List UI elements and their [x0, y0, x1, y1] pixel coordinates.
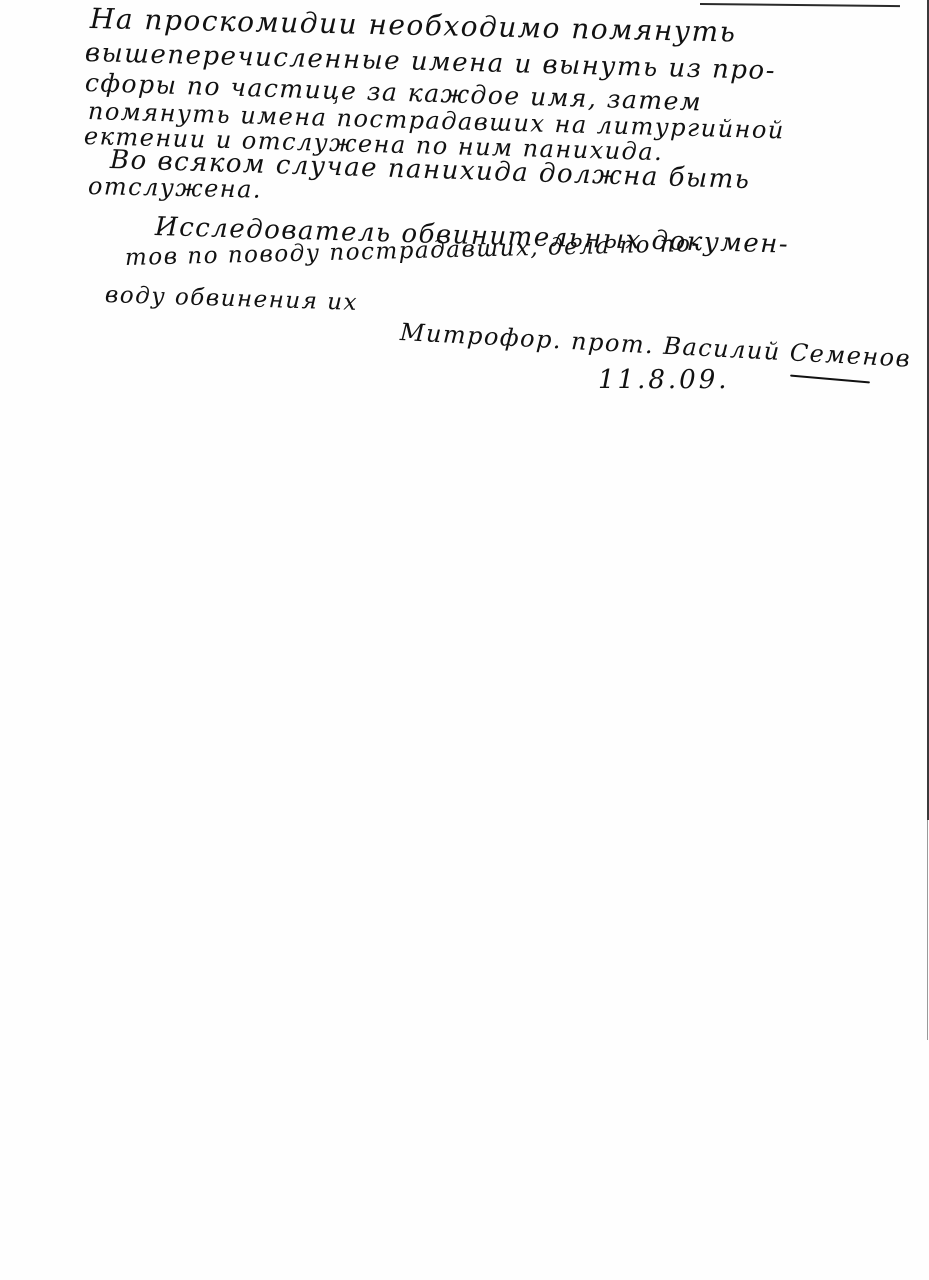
- text-line-7: отслужена.: [88, 172, 263, 204]
- scan-right-border-faint: [927, 820, 928, 1040]
- date: 11.8.09.: [598, 365, 730, 395]
- scanned-page: На проскомидии необходимо помянуть вышеп…: [0, 0, 929, 1280]
- signature-flourish: [790, 375, 870, 384]
- paragraph2-line-3: воду обвинения их: [105, 282, 359, 316]
- scan-edge-line: [700, 3, 900, 7]
